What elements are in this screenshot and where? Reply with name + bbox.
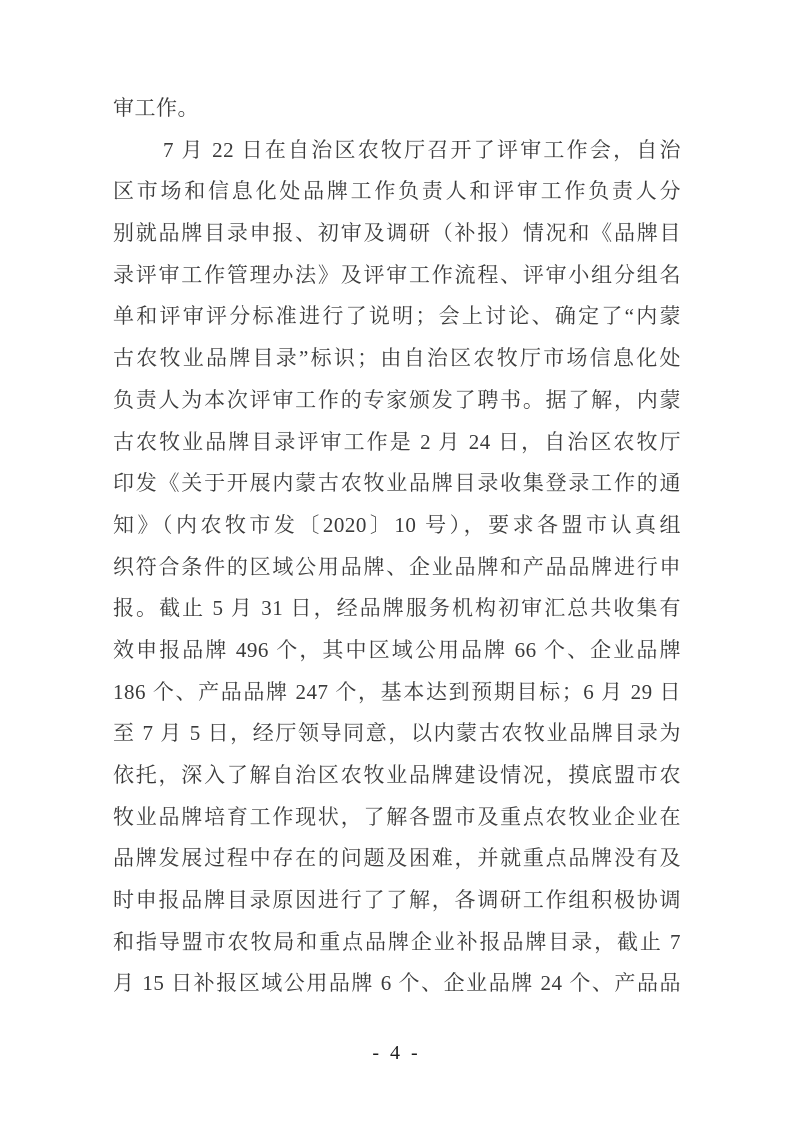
text-line: 依托，深入了解自治区农牧业品牌建设情况，摸底盟市农: [113, 755, 681, 797]
text-line: 品牌发展过程中存在的问题及困难，并就重点品牌没有及: [113, 838, 681, 880]
body-text: 审工作。 7 月 22 日在自治区农牧厅召开了评审工作会，自治 区市场和信息化处…: [113, 88, 681, 1005]
text-line: 织符合条件的区域公用品牌、企业品牌和产品品牌进行申: [113, 547, 681, 589]
text-line: 效申报品牌 496 个，其中区域公用品牌 66 个、企业品牌: [113, 630, 681, 672]
text-line: 别就品牌目录申报、初审及调研（补报）情况和《品牌目: [113, 213, 681, 255]
text-line: 月 15 日补报区域公用品牌 6 个、企业品牌 24 个、产品品: [113, 963, 681, 1005]
text-line: 录评审工作管理办法》及评审工作流程、评审小组分组名: [113, 255, 681, 297]
document-page: 审工作。 7 月 22 日在自治区农牧厅召开了评审工作会，自治 区市场和信息化处…: [0, 0, 793, 1122]
text-line: 186 个、产品品牌 247 个，基本达到预期目标；6 月 29 日: [113, 672, 681, 714]
text-line: 报。截止 5 月 31 日，经品牌服务机构初审汇总共收集有: [113, 588, 681, 630]
text-line: 印发《关于开展内蒙古农牧业品牌目录收集登录工作的通: [113, 463, 681, 505]
text-line: 时申报品牌目录原因进行了了解，各调研工作组积极协调: [113, 880, 681, 922]
text-line: 古农牧业品牌目录评审工作是 2 月 24 日，自治区农牧厅: [113, 422, 681, 464]
text-line: 和指导盟市农牧局和重点品牌企业补报品牌目录，截止 7: [113, 922, 681, 964]
page-footer: - 4 -: [0, 1042, 793, 1065]
text-line: 知》（内农牧市发〔2020〕10 号），要求各盟市认真组: [113, 505, 681, 547]
text-line: 古农牧业品牌目录”标识；由自治区农牧厅市场信息化处: [113, 338, 681, 380]
text-line: 审工作。: [113, 88, 681, 130]
text-line: 至 7 月 5 日，经厅领导同意，以内蒙古农牧业品牌目录为: [113, 713, 681, 755]
page-number: - 4 -: [372, 1042, 420, 1064]
text-line: 负责人为本次评审工作的专家颁发了聘书。据了解，内蒙: [113, 380, 681, 422]
text-line: 单和评审评分标准进行了说明；会上讨论、确定了“内蒙: [113, 296, 681, 338]
text-line: 区市场和信息化处品牌工作负责人和评审工作负责人分: [113, 171, 681, 213]
text-line: 7 月 22 日在自治区农牧厅召开了评审工作会，自治: [113, 130, 681, 172]
text-line: 牧业品牌培育工作现状，了解各盟市及重点农牧业企业在: [113, 797, 681, 839]
